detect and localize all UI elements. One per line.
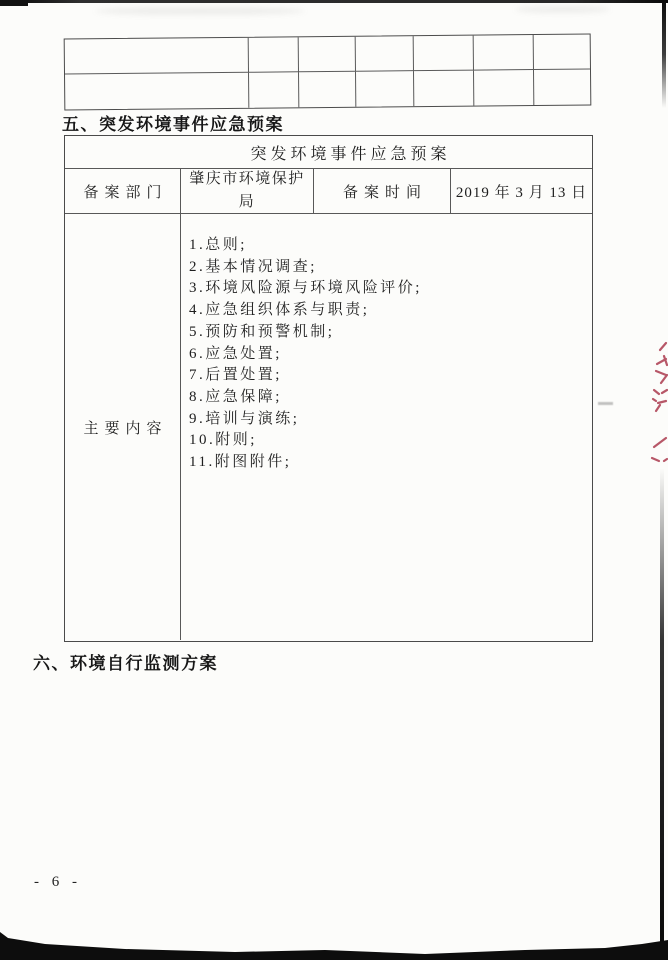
scan-top-left-corner <box>0 0 28 6</box>
content-item: 6.应急处置; <box>189 344 586 366</box>
content-item: 11.附图附件; <box>189 452 586 474</box>
content-item: 4.应急组织体系与职责; <box>189 300 586 322</box>
content-item: 9.培训与演练; <box>189 409 586 431</box>
empty-cell <box>414 71 474 107</box>
scan-right-edge-shadow <box>660 468 664 960</box>
empty-cell <box>299 37 356 73</box>
scan-right-edge-shadow <box>662 0 666 108</box>
section-six-heading: 六、环境自行监测方案 <box>33 649 218 674</box>
section-five-heading: 五、突发环境事件应急预案 <box>62 110 284 135</box>
content-item: 1.总则; <box>189 235 586 257</box>
empty-cell <box>534 69 590 105</box>
red-ink-strokes <box>652 343 667 461</box>
emergency-plan-table: 突发环境事件应急预案 备案部门 肇庆市环境保护局 备案时间 2019 年 3 月… <box>64 135 593 642</box>
content-item: 3.环境风险源与环境风险评价; <box>189 278 586 300</box>
scanned-document-page: 五、突发环境事件应急预案 突发环境事件应急预案 备案部门 肇庆市环境保护局 备案… <box>0 0 668 960</box>
scan-smudge <box>515 6 610 13</box>
record-time-label: 备案时间 <box>337 181 427 202</box>
empty-cell <box>65 73 249 110</box>
scan-bottom-edge <box>0 928 668 960</box>
content-item: 5.预防和预警机制; <box>189 322 586 344</box>
main-content-label-cell: 主要内容 <box>65 214 181 640</box>
bottom-edge-shape <box>0 932 668 960</box>
empty-cell <box>65 38 249 75</box>
empty-cell <box>356 71 414 107</box>
record-department-label-cell: 备案部门 <box>65 169 181 213</box>
empty-cell <box>249 37 299 72</box>
empty-cell <box>299 72 356 108</box>
content-item: 10.附则; <box>189 430 586 452</box>
empty-cell <box>534 34 590 70</box>
table-title: 突发环境事件应急预案 <box>250 141 450 164</box>
content-item: 8.应急保障; <box>189 387 586 409</box>
scan-top-edge <box>0 0 668 3</box>
page-number: - 6 - <box>34 874 80 891</box>
empty-cell <box>249 72 299 107</box>
scan-smudge <box>598 402 613 405</box>
empty-cell <box>414 36 474 72</box>
table-title-row: 突发环境事件应急预案 <box>65 136 592 169</box>
main-content-label: 主要内容 <box>77 417 167 438</box>
content-item: 7.后置处置; <box>189 365 586 387</box>
record-time-value: 2019 年 3 月 13 日 <box>456 181 587 202</box>
content-item: 2.基本情况调查; <box>189 257 586 279</box>
scan-smudge <box>95 7 305 15</box>
empty-cell <box>474 35 534 71</box>
main-content-cell: 1.总则; 2.基本情况调查; 3.环境风险源与环境风险评价; 4.应急组织体系… <box>181 214 592 640</box>
empty-cell <box>356 36 414 72</box>
record-time-value-cell: 2019 年 3 月 13 日 <box>451 169 592 213</box>
record-department-label: 备案部门 <box>77 181 167 202</box>
empty-continuation-table <box>64 33 592 110</box>
red-ink-annotation <box>644 340 668 470</box>
record-department-value: 肇庆市环境保护局 <box>181 168 313 214</box>
record-time-label-cell: 备案时间 <box>314 169 451 213</box>
main-content-row: 主要内容 1.总则; 2.基本情况调查; 3.环境风险源与环境风险评价; 4.应… <box>65 214 592 640</box>
filing-row: 备案部门 肇庆市环境保护局 备案时间 2019 年 3 月 13 日 <box>65 169 592 214</box>
empty-cell <box>474 70 534 106</box>
record-department-value-cell: 肇庆市环境保护局 <box>181 169 314 213</box>
